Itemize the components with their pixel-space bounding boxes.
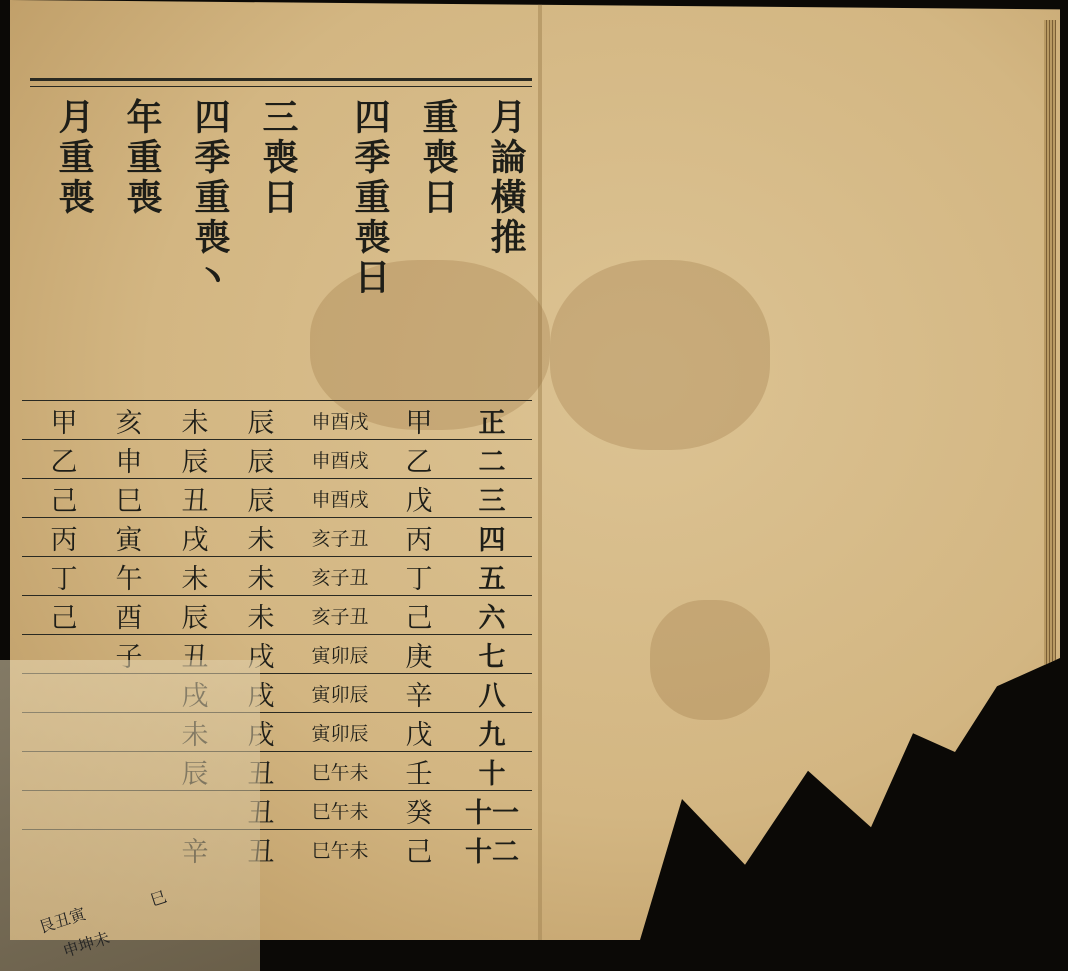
cell-chong-sang-ri: 己 — [386, 596, 452, 635]
cell-san-sang: 辰 — [228, 440, 294, 479]
cell-chong-sang-ri: 甲 — [386, 401, 452, 440]
table-row: 六己亥子丑未辰酉己 — [22, 595, 532, 634]
table-row: 三戊申酉戌辰丑巳己 — [22, 478, 532, 517]
cell-nian: 午 — [96, 557, 162, 596]
cell-month: 七 — [452, 635, 532, 674]
cell-siji-cs: 未 — [162, 557, 228, 596]
cell-nian: 申 — [96, 440, 162, 479]
cell-month: 四 — [452, 518, 532, 557]
cell-siji: 申酉戌 — [294, 446, 386, 473]
cell-month: 十二 — [452, 830, 532, 869]
cell-chong-sang-ri: 壬 — [386, 752, 452, 791]
cell-chong-sang-ri: 庚 — [386, 635, 452, 674]
cell-siji: 寅卯辰 — [294, 719, 386, 746]
cell-siji-cs: 辰 — [162, 596, 228, 635]
header-siji-chong-sang-ri: 四季重喪日 — [304, 92, 396, 402]
cell-chong-sang-ri: 戊 — [386, 713, 452, 752]
header-chong-sang-ri: 重喪日 — [396, 92, 464, 402]
table-row: 四丙亥子丑未戌寅丙 — [22, 517, 532, 556]
cell-chong-sang-ri: 己 — [386, 830, 452, 869]
column-headers: 月論橫推 重喪日 四季重喪日 三喪日 四季重喪丶 年重喪 月重喪 — [30, 92, 532, 402]
cell-siji: 寅卯辰 — [294, 680, 386, 707]
cell-chong-sang-ri: 丁 — [386, 557, 452, 596]
top-rule — [30, 78, 532, 81]
cell-nian: 寅 — [96, 518, 162, 557]
cell-month: 十一 — [452, 791, 532, 830]
cell-chong-sang-ri: 丙 — [386, 518, 452, 557]
cell-san-sang: 未 — [228, 557, 294, 596]
cell-yue: 己 — [32, 596, 96, 635]
page-fold — [538, 0, 542, 940]
cell-yue: 乙 — [32, 440, 96, 479]
water-stain — [550, 260, 770, 450]
fragment-label: 申坤未 — [60, 925, 113, 962]
cell-yue: 丙 — [32, 518, 96, 557]
cell-month: 二 — [452, 440, 532, 479]
cell-yue: 己 — [32, 479, 96, 518]
cell-siji-cs: 戌 — [162, 518, 228, 557]
header-yue-chong-sang: 月重喪 — [32, 92, 100, 402]
cell-yue: 甲 — [32, 401, 96, 440]
header-san-sang-ri: 三喪日 — [236, 92, 304, 402]
cell-month: 五 — [452, 557, 532, 596]
cell-siji: 亥子丑 — [294, 602, 386, 629]
cell-siji: 亥子丑 — [294, 563, 386, 590]
cell-siji: 巳午未 — [294, 836, 386, 863]
table-row: 二乙申酉戌辰辰申乙 — [22, 439, 532, 478]
cell-month: 九 — [452, 713, 532, 752]
torn-fragment: 艮丑寅 申坤未 巳 — [0, 660, 260, 971]
cell-siji: 亥子丑 — [294, 524, 386, 551]
header-siji-chong-sang: 四季重喪丶 — [168, 92, 236, 402]
cell-yue: 丁 — [32, 557, 96, 596]
cell-san-sang: 辰 — [228, 401, 294, 440]
cell-siji: 巳午未 — [294, 797, 386, 824]
table-row: 五丁亥子丑未未午丁 — [22, 556, 532, 595]
cell-month: 十 — [452, 752, 532, 791]
cell-nian: 酉 — [96, 596, 162, 635]
cell-san-sang: 未 — [228, 596, 294, 635]
cell-siji-cs: 未 — [162, 401, 228, 440]
cell-chong-sang-ri: 辛 — [386, 674, 452, 713]
cell-chong-sang-ri: 乙 — [386, 440, 452, 479]
cell-chong-sang-ri: 戊 — [386, 479, 452, 518]
cell-siji: 申酉戌 — [294, 485, 386, 512]
header-nian-chong-sang: 年重喪 — [100, 92, 168, 402]
cell-month: 正 — [452, 401, 532, 440]
cell-siji-cs: 辰 — [162, 440, 228, 479]
header-month: 月論橫推 — [464, 92, 532, 402]
cell-san-sang: 未 — [228, 518, 294, 557]
cell-siji-cs: 丑 — [162, 479, 228, 518]
book-edge — [1044, 20, 1056, 720]
cell-nian: 亥 — [96, 401, 162, 440]
cell-month: 六 — [452, 596, 532, 635]
cell-siji: 寅卯辰 — [294, 641, 386, 668]
cell-month: 三 — [452, 479, 532, 518]
cell-san-sang: 辰 — [228, 479, 294, 518]
fragment-label: 巳 — [147, 884, 169, 911]
water-stain — [650, 600, 770, 720]
cell-month: 八 — [452, 674, 532, 713]
cell-siji: 申酉戌 — [294, 407, 386, 434]
top-rule-thin — [30, 86, 532, 87]
cell-chong-sang-ri: 癸 — [386, 791, 452, 830]
cell-nian: 巳 — [96, 479, 162, 518]
cell-siji: 巳午未 — [294, 758, 386, 785]
table-row: 正甲申酉戌辰未亥甲 — [22, 400, 532, 439]
